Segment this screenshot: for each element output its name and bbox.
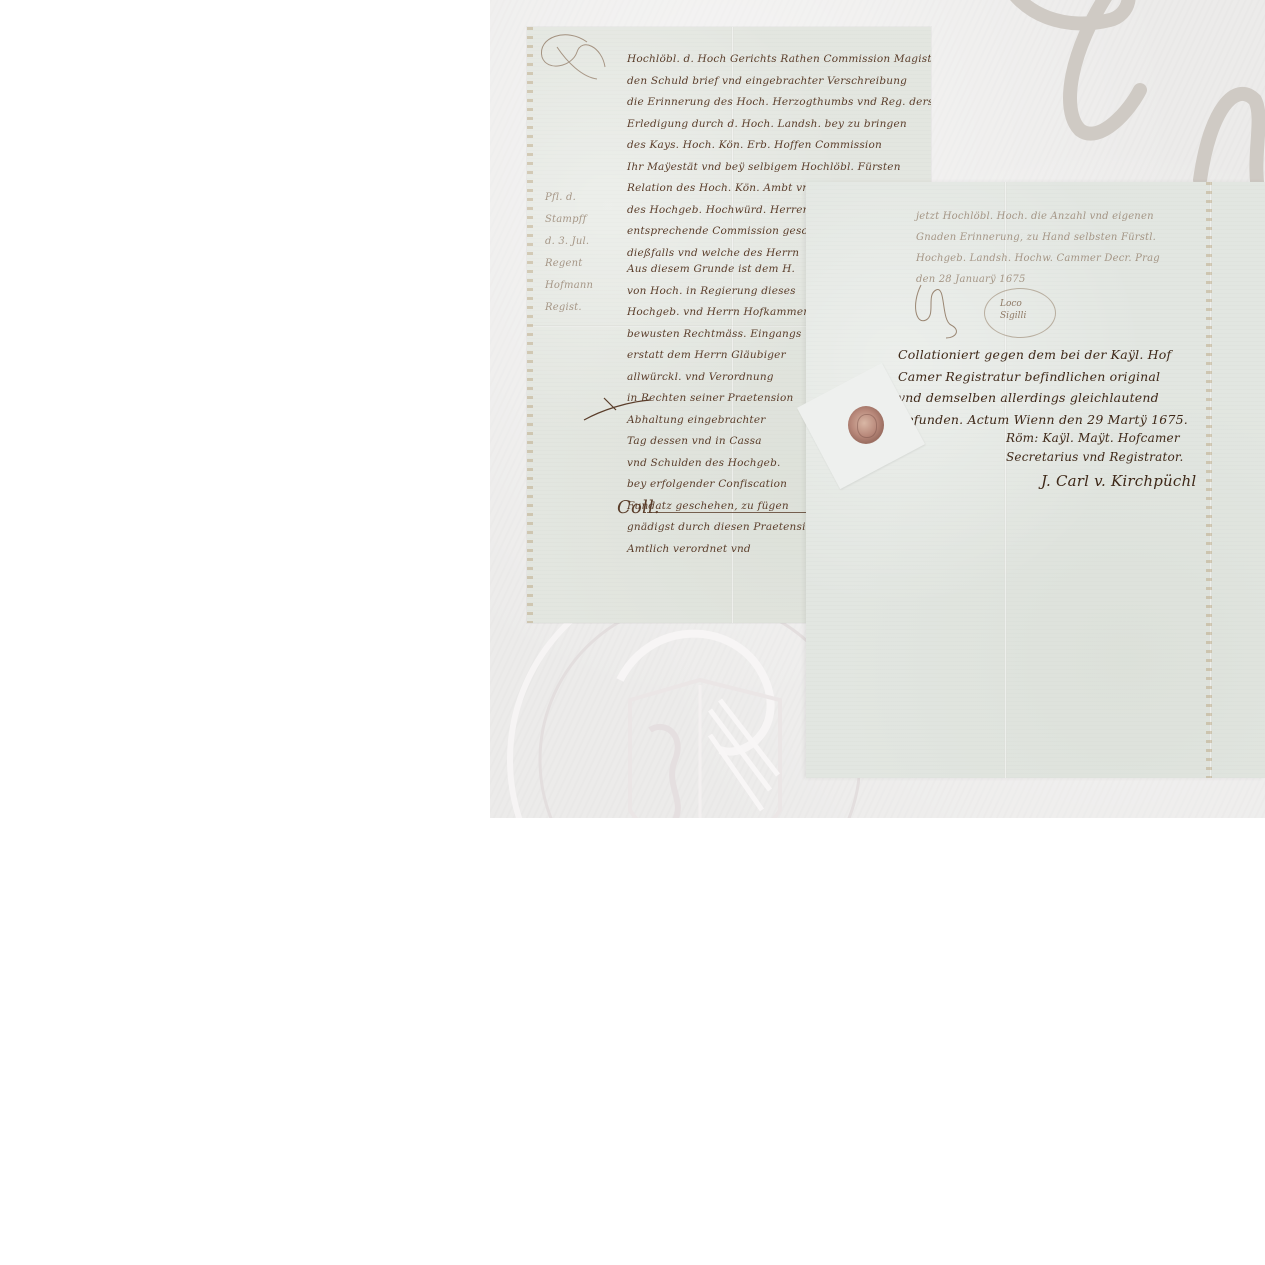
margin-note: d. 3. Jul. [545,231,593,253]
margin-note: Pfl. d. [545,187,593,209]
body-line: den Schuld brief vnd eingebrachter Versc… [627,71,931,93]
body-line: die Erinnerung des Hoch. Herzogthumbs vn… [627,92,931,114]
margin-notes: Pfl. d. Stampff d. 3. Jul. Regent Hofman… [545,187,593,319]
body-line: Tag dessen vnd in Cassa [627,431,819,453]
body-line: Amtlich verordnet vnd [627,539,819,561]
front-page-top-text: jetzt Hochlöbl. Hoch. die Anzahl vnd eig… [916,206,1160,290]
collation-note: Collationiert gegen dem bei der Kaÿl. Ho… [898,344,1188,430]
front-page-signature: J. Carl v. Kirchpüchl [1041,472,1196,490]
calligraphic-initial-icon [527,27,607,87]
body-line: vnd Schulden des Hochgeb. [627,453,819,475]
collation-line: befunden. Actum Wienn den 29 Martÿ 1675. [898,409,1188,431]
collation-line: vnd demselben allerdings gleichlautend [898,387,1188,409]
body-line: Hochlöbl. d. Hoch Gerichts Rathen Commis… [627,49,931,71]
collation-line: Collationiert gegen dem bei der Kaÿl. Ho… [898,344,1188,366]
manuscript-page-front: jetzt Hochlöbl. Hoch. die Anzahl vnd eig… [806,182,1265,778]
back-page-signature: Coll. [617,497,660,518]
body-line: Ihr Maÿestät vnd beÿ selbigem Hochlöbl. … [627,157,931,179]
signatory-line: Röm: Kaÿl. Maÿt. Hofcamer [1006,429,1184,448]
margin-note: Regist. [545,297,593,319]
body-line: Hochgeb. Landsh. Hochw. Cammer Decr. Pra… [916,248,1160,269]
body-line: bewusten Rechtmäss. Eingangs [627,324,819,346]
margin-note: Hofmann [545,275,593,297]
signatory-title: Röm: Kaÿl. Maÿt. Hofcamer Secretarius vn… [1006,429,1184,467]
body-line: von Hoch. in Regierung dieses [627,281,819,303]
body-line: gnädigst durch diesen Praetension [627,517,819,539]
body-line: Erledigung durch d. Hoch. Landsh. bey zu… [627,114,931,136]
cross-mark-icon [582,392,652,422]
body-line: Gnaden Erinnerung, zu Hand selbsten Fürs… [916,227,1160,248]
stamp-line: Sigilli [1000,310,1026,322]
body-line: in Rechten seiner Praetension [627,388,819,410]
margin-note: Stampff [545,209,593,231]
edge-stain [1206,182,1212,778]
loco-sigilli-text: Loco Sigilli [1000,298,1026,322]
margin-note: Regent [545,253,593,275]
body-line: Hochgeb. vnd Herrn Hofkammer [627,302,819,324]
body-line: bey erfolgender Confiscation [627,474,819,496]
signature-rule [647,512,807,513]
paraph-flourish-icon [911,280,966,340]
body-line: Abhaltung eingebrachter [627,410,819,432]
body-line: Aus diesem Grunde ist dem H. [627,259,819,281]
collation-line: Camer Registratur befindlichen original [898,366,1188,388]
body-line: des Kays. Hoch. Kön. Erb. Hoffen Commiss… [627,135,931,157]
edge-stain [527,27,533,623]
image-canvas: Hochlöbl. d. Hoch Gerichts Rathen Commis… [0,0,1265,1265]
body-line: jetzt Hochlöbl. Hoch. die Anzahl vnd eig… [916,206,1160,227]
body-line: allwürckl. vnd Verordnung [627,367,819,389]
signatory-line: Secretarius vnd Registrator. [1006,448,1184,467]
stamp-line: Loco [1000,298,1026,310]
wax-seal-impression [857,414,877,438]
body-line: erstatt dem Herrn Gläubiger [627,345,819,367]
